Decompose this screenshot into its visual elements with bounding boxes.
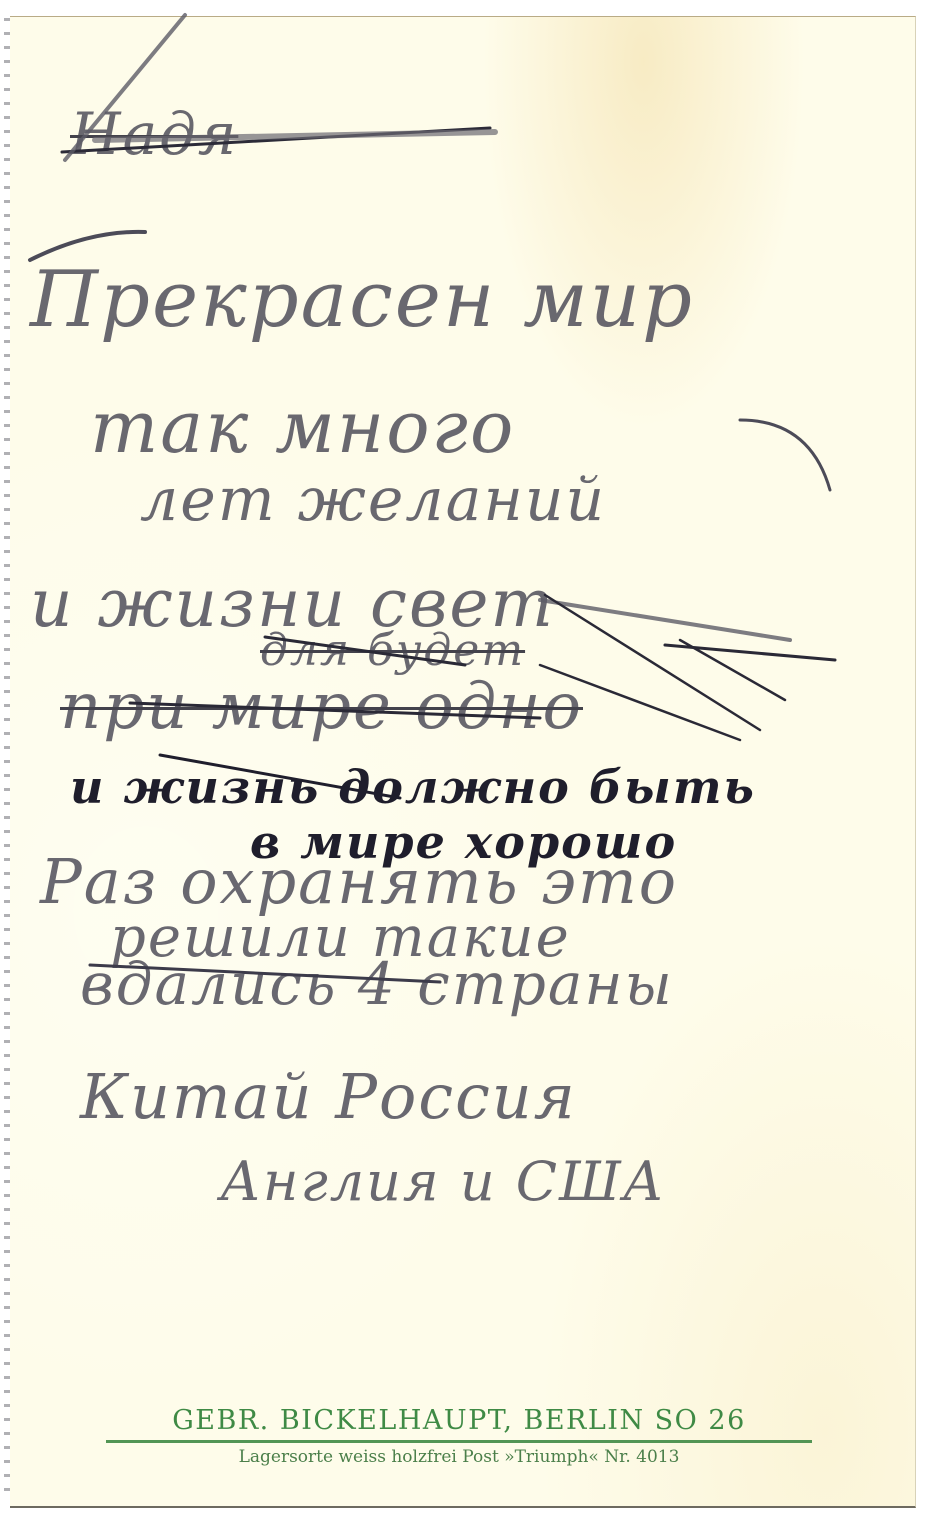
paper-grade-line: Lagersorte weiss holzfrei Post »Triumph«…	[100, 1443, 818, 1471]
letterhead-rule	[106, 1440, 812, 1443]
handwritten-text: Надя Прекрасен мир так много лет желаний…	[0, 0, 928, 1528]
company-name: GEBR. BICKELHAUPT, BERLIN SO 26	[100, 1404, 818, 1438]
handwriting-strokes	[0, 0, 928, 1528]
printed-letterhead: GEBR. BICKELHAUPT, BERLIN SO 26 Lagersor…	[100, 1404, 818, 1471]
